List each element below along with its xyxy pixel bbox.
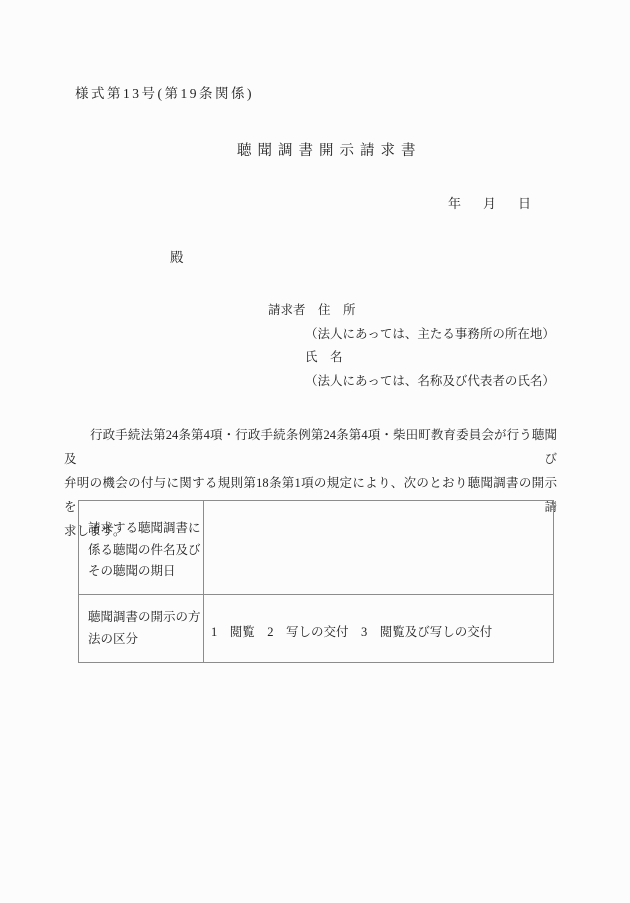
table-header-disclosure-method-line1: 聴聞調書の開示の方: [88, 607, 203, 629]
form-number: 様式第13号(第19条関係): [75, 82, 254, 102]
date-day-label: 日: [518, 193, 531, 212]
table-header-hearing-case: 請求する聴聞調書に 係る聴聞の件名及び その聴聞の期日: [79, 501, 204, 594]
date-line: 年 月 日: [448, 193, 531, 212]
requester-block: 請求者 住 所 （法人にあっては、主たる事務所の所在地） 氏 名 （法人にあって…: [268, 299, 555, 393]
table-header-hearing-case-line2: 係る聴聞の件名及び: [88, 540, 203, 562]
table-header-hearing-case-line1: 請求する聴聞調書に: [88, 518, 203, 540]
request-table: 請求する聴聞調書に 係る聴聞の件名及び その聴聞の期日 聴聞調書の開示の方 法の…: [78, 500, 554, 663]
table-header-hearing-case-line3: その聴聞の期日: [88, 561, 203, 583]
table-header-disclosure-method-line2: 法の区分: [88, 629, 203, 651]
table-row-hearing-case: 請求する聴聞調書に 係る聴聞の件名及び その聴聞の期日: [79, 501, 553, 595]
document-page: 様式第13号(第19条関係) 聴聞調書開示請求書 年 月 日 殿 請求者 住 所…: [0, 0, 630, 903]
table-cell-hearing-case-value: [204, 501, 553, 594]
requester-address-label: 請求者 住 所: [268, 299, 555, 323]
date-year-label: 年: [448, 193, 461, 212]
requester-name-note: （法人にあっては、名称及び代表者の氏名）: [305, 370, 555, 394]
requester-address-note: （法人にあっては、主たる事務所の所在地）: [305, 323, 555, 347]
table-row-disclosure-method: 聴聞調書の開示の方 法の区分 1 閲覧 2 写しの交付 3 閲覧及び写しの交付: [79, 595, 553, 662]
page-title: 聴聞調書開示請求書: [237, 139, 422, 160]
addressee-suffix: 殿: [170, 246, 184, 266]
body-line-1: 行政手続法第24条第4項・行政手続条例第24条第4項・柴田町教育委員会が行う聴聞…: [64, 423, 557, 471]
table-header-disclosure-method: 聴聞調書の開示の方 法の区分: [79, 595, 204, 662]
date-month-label: 月: [483, 193, 496, 212]
table-cell-disclosure-method-options: 1 閲覧 2 写しの交付 3 閲覧及び写しの交付: [204, 595, 553, 662]
requester-name-label: 氏 名: [305, 346, 555, 370]
